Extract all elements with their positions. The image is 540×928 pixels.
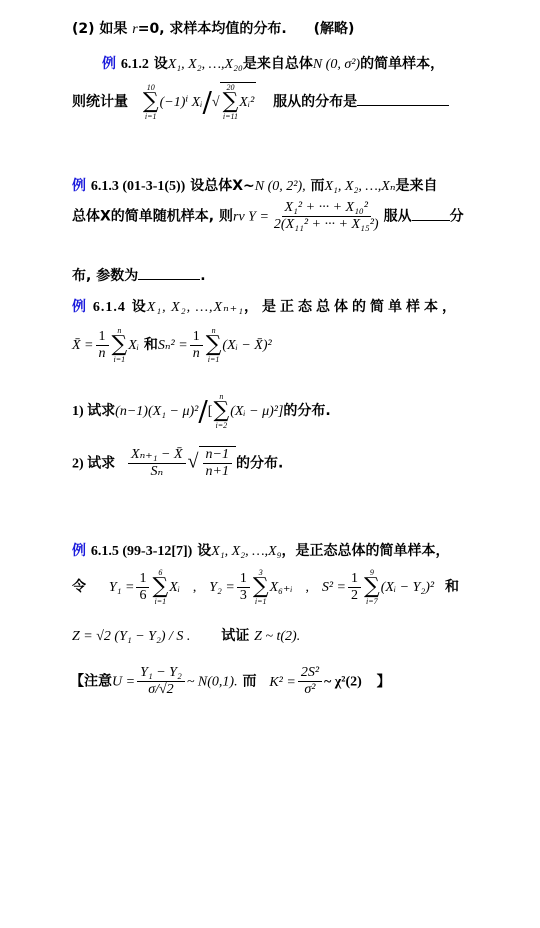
example-6-1-2-statistic: 则统计量 10∑i=1(−1)ⁱ Xᵢ/√20∑i=11Xᵢ² 服从的分布是 — [72, 82, 449, 121]
rv-y: rv Y = — [233, 210, 269, 225]
fraction: 13 — [237, 571, 250, 604]
text: 设 — [197, 543, 211, 559]
example-label: 例 — [72, 178, 86, 194]
fraction: Y₁ − Y₂σ/√2 — [137, 665, 185, 698]
question-label: 1) 试求 — [72, 404, 115, 419]
text: 是来自总体 — [243, 56, 313, 72]
example-number: 6.1.2 — [121, 57, 149, 72]
note-close: 】 — [377, 674, 391, 690]
text: =0, 求样本均值的分布. — [138, 21, 287, 37]
example-6-1-5-definitions: 令 Y₁ =166∑i=1Xᵢ , Y₂ =133∑i=1X₆₊ᵢ , S² =… — [72, 568, 459, 606]
summation: n∑i=2 — [213, 392, 229, 430]
distribution: N (0, σ²) — [313, 57, 360, 72]
fraction: n−1n+1 — [203, 447, 232, 480]
term: (Xᵢ − μ)²] — [230, 404, 283, 419]
term: Xᵢ — [128, 338, 139, 353]
text: . — [200, 268, 205, 284]
example-number: 6.1.3 (01-3-1(5)) — [91, 179, 185, 194]
example-label: 例 — [102, 56, 116, 72]
example-6-1-4-definitions: X̄ =1nn∑i=1Xᵢ 和Sₙ² =1nn∑i=1(Xᵢ − X̄)² — [72, 326, 272, 364]
term: (n−1)(X₁ − μ)² — [115, 404, 198, 419]
text: (2) 如果 — [72, 21, 132, 37]
s-squared: S² = — [322, 580, 346, 595]
text: 则统计量 — [72, 94, 128, 110]
summation: 3∑i=1 — [253, 568, 269, 606]
sample-variance: Sₙ² = — [158, 338, 188, 353]
y1: Y₁ = — [109, 580, 135, 595]
text: 试证 — [221, 628, 249, 644]
sample-vars: X₁, X₂, …,X₂₀ — [168, 57, 243, 72]
summation: 10∑i=1 — [143, 83, 159, 121]
example-6-1-3-heading: 例 6.1.3 (01-3-1(5)) 设总体X~N (0, 2²), 而X₁,… — [72, 175, 438, 195]
example-number: 6.1.5 (99-3-12[7]) — [91, 544, 192, 559]
y2: Y₂ = — [209, 580, 235, 595]
example-6-1-5-heading: 例 6.1.5 (99-3-12[7]) 设X₁, X₂, …,X₉，是正态总体… — [72, 540, 449, 560]
text: ，是正态总体的简单样本， — [244, 299, 460, 315]
text: 设 — [132, 299, 147, 315]
text: ，是正态总体的简单样本， — [281, 543, 449, 559]
example-6-1-4-question-2: 2) 试求 Xₙ₊₁ − X̄Sₙ√n−1n+1的分布. — [72, 446, 283, 480]
answer-blank — [357, 91, 449, 106]
note-open: 【注意 — [70, 674, 112, 690]
part-2-question: (2) 如果 r=0, 求样本均值的分布. (解略) — [72, 18, 354, 38]
text: 布, 参数为 — [72, 268, 138, 284]
summation: n∑i=1 — [112, 326, 128, 364]
z-definition: Z = √2 (Y₁ − Y₂) / S . — [72, 629, 190, 644]
text: 分 — [450, 209, 464, 225]
text: 的简单样本， — [360, 56, 444, 72]
distribution: N (0, 2²), — [255, 179, 306, 194]
example-6-1-5-claim: Z = √2 (Y₁ − Y₂) / S . 试证 Z ~ t(2). — [72, 625, 300, 645]
text: 而 — [306, 178, 325, 194]
term: (Xᵢ − X̄)² — [222, 338, 271, 353]
summation: 6∑i=1 — [152, 568, 168, 606]
text: 的分布. — [283, 403, 330, 419]
solution-omitted-note: (解略) — [314, 21, 355, 37]
summation: 9∑i=7 — [364, 568, 380, 606]
example-6-1-2-heading: 例 6.1.2 设X₁, X₂, …,X₂₀是来自总体N (0, σ²)的简单样… — [102, 53, 444, 73]
sample-vars: X₁, X₂, …,Xₙ — [325, 179, 396, 194]
fraction: Xₙ₊₁ − X̄Sₙ — [128, 447, 185, 480]
example-6-1-4-heading: 例 6.1.4 设X₁, X₂, …,Xₙ₊₁，是正态总体的简单样本， — [72, 296, 460, 316]
sample-vars: X₁, X₂, …,Xₙ₊₁ — [147, 300, 244, 315]
fraction: 16 — [136, 571, 149, 604]
example-label: 例 — [72, 299, 87, 315]
sqrt: 20∑i=11Xᵢ² — [220, 82, 257, 121]
sample-mean: X̄ = — [72, 338, 94, 353]
sqrt: n−1n+1 — [199, 446, 236, 480]
example-label: 例 — [72, 543, 86, 559]
question-label: 2) 试求 — [72, 457, 115, 472]
sample-vars: X₁, X₂, …,X₉ — [211, 544, 281, 559]
text: 是来自 — [396, 178, 438, 194]
text: 总体X的简单随机样本, 则 — [72, 209, 233, 225]
text: 和 — [445, 579, 459, 595]
example-6-1-4-question-1: 1) 试求(n−1)(X₁ − μ)²/[n∑i=2(Xᵢ − μ)²]的分布. — [72, 392, 331, 430]
term: (−1)ⁱ Xᵢ — [160, 95, 203, 110]
example-number: 6.1.4 — [93, 300, 126, 315]
fraction: 2S²σ² — [298, 665, 322, 698]
text: 和 — [144, 337, 158, 353]
answer-blank — [412, 206, 450, 221]
text: 服从 — [384, 209, 412, 225]
claim: Z ~ t(2). — [254, 629, 300, 644]
text: 设总体X~ — [190, 178, 255, 194]
text: 服从的分布是 — [273, 94, 357, 110]
summation: 20∑i=11 — [223, 83, 239, 121]
fraction: 1n — [96, 329, 109, 362]
fraction: 1n — [190, 329, 203, 362]
example-6-1-3-params: 布, 参数为. — [72, 265, 206, 285]
fraction: 12 — [348, 571, 361, 604]
text: 的分布. — [236, 456, 283, 472]
text: 设 — [154, 56, 168, 72]
u-def: U = — [112, 675, 135, 690]
k-def: K² = — [269, 675, 295, 690]
answer-blank — [138, 265, 200, 280]
summation: n∑i=1 — [206, 326, 222, 364]
text: 而 — [242, 674, 256, 690]
fraction: X₁² + ··· + X₁₀²2(X₁₁² + ··· + X₁₅²) — [271, 200, 382, 233]
text: 令 — [72, 579, 86, 595]
note: 【注意U =Y₁ − Y₂σ/√2~ N(0,1). 而 K² =2S²σ²~ … — [70, 665, 391, 698]
example-6-1-3-statistic: 总体X的简单随机样本, 则rv Y =X₁² + ··· + X₁₀²2(X₁₁… — [72, 200, 464, 233]
